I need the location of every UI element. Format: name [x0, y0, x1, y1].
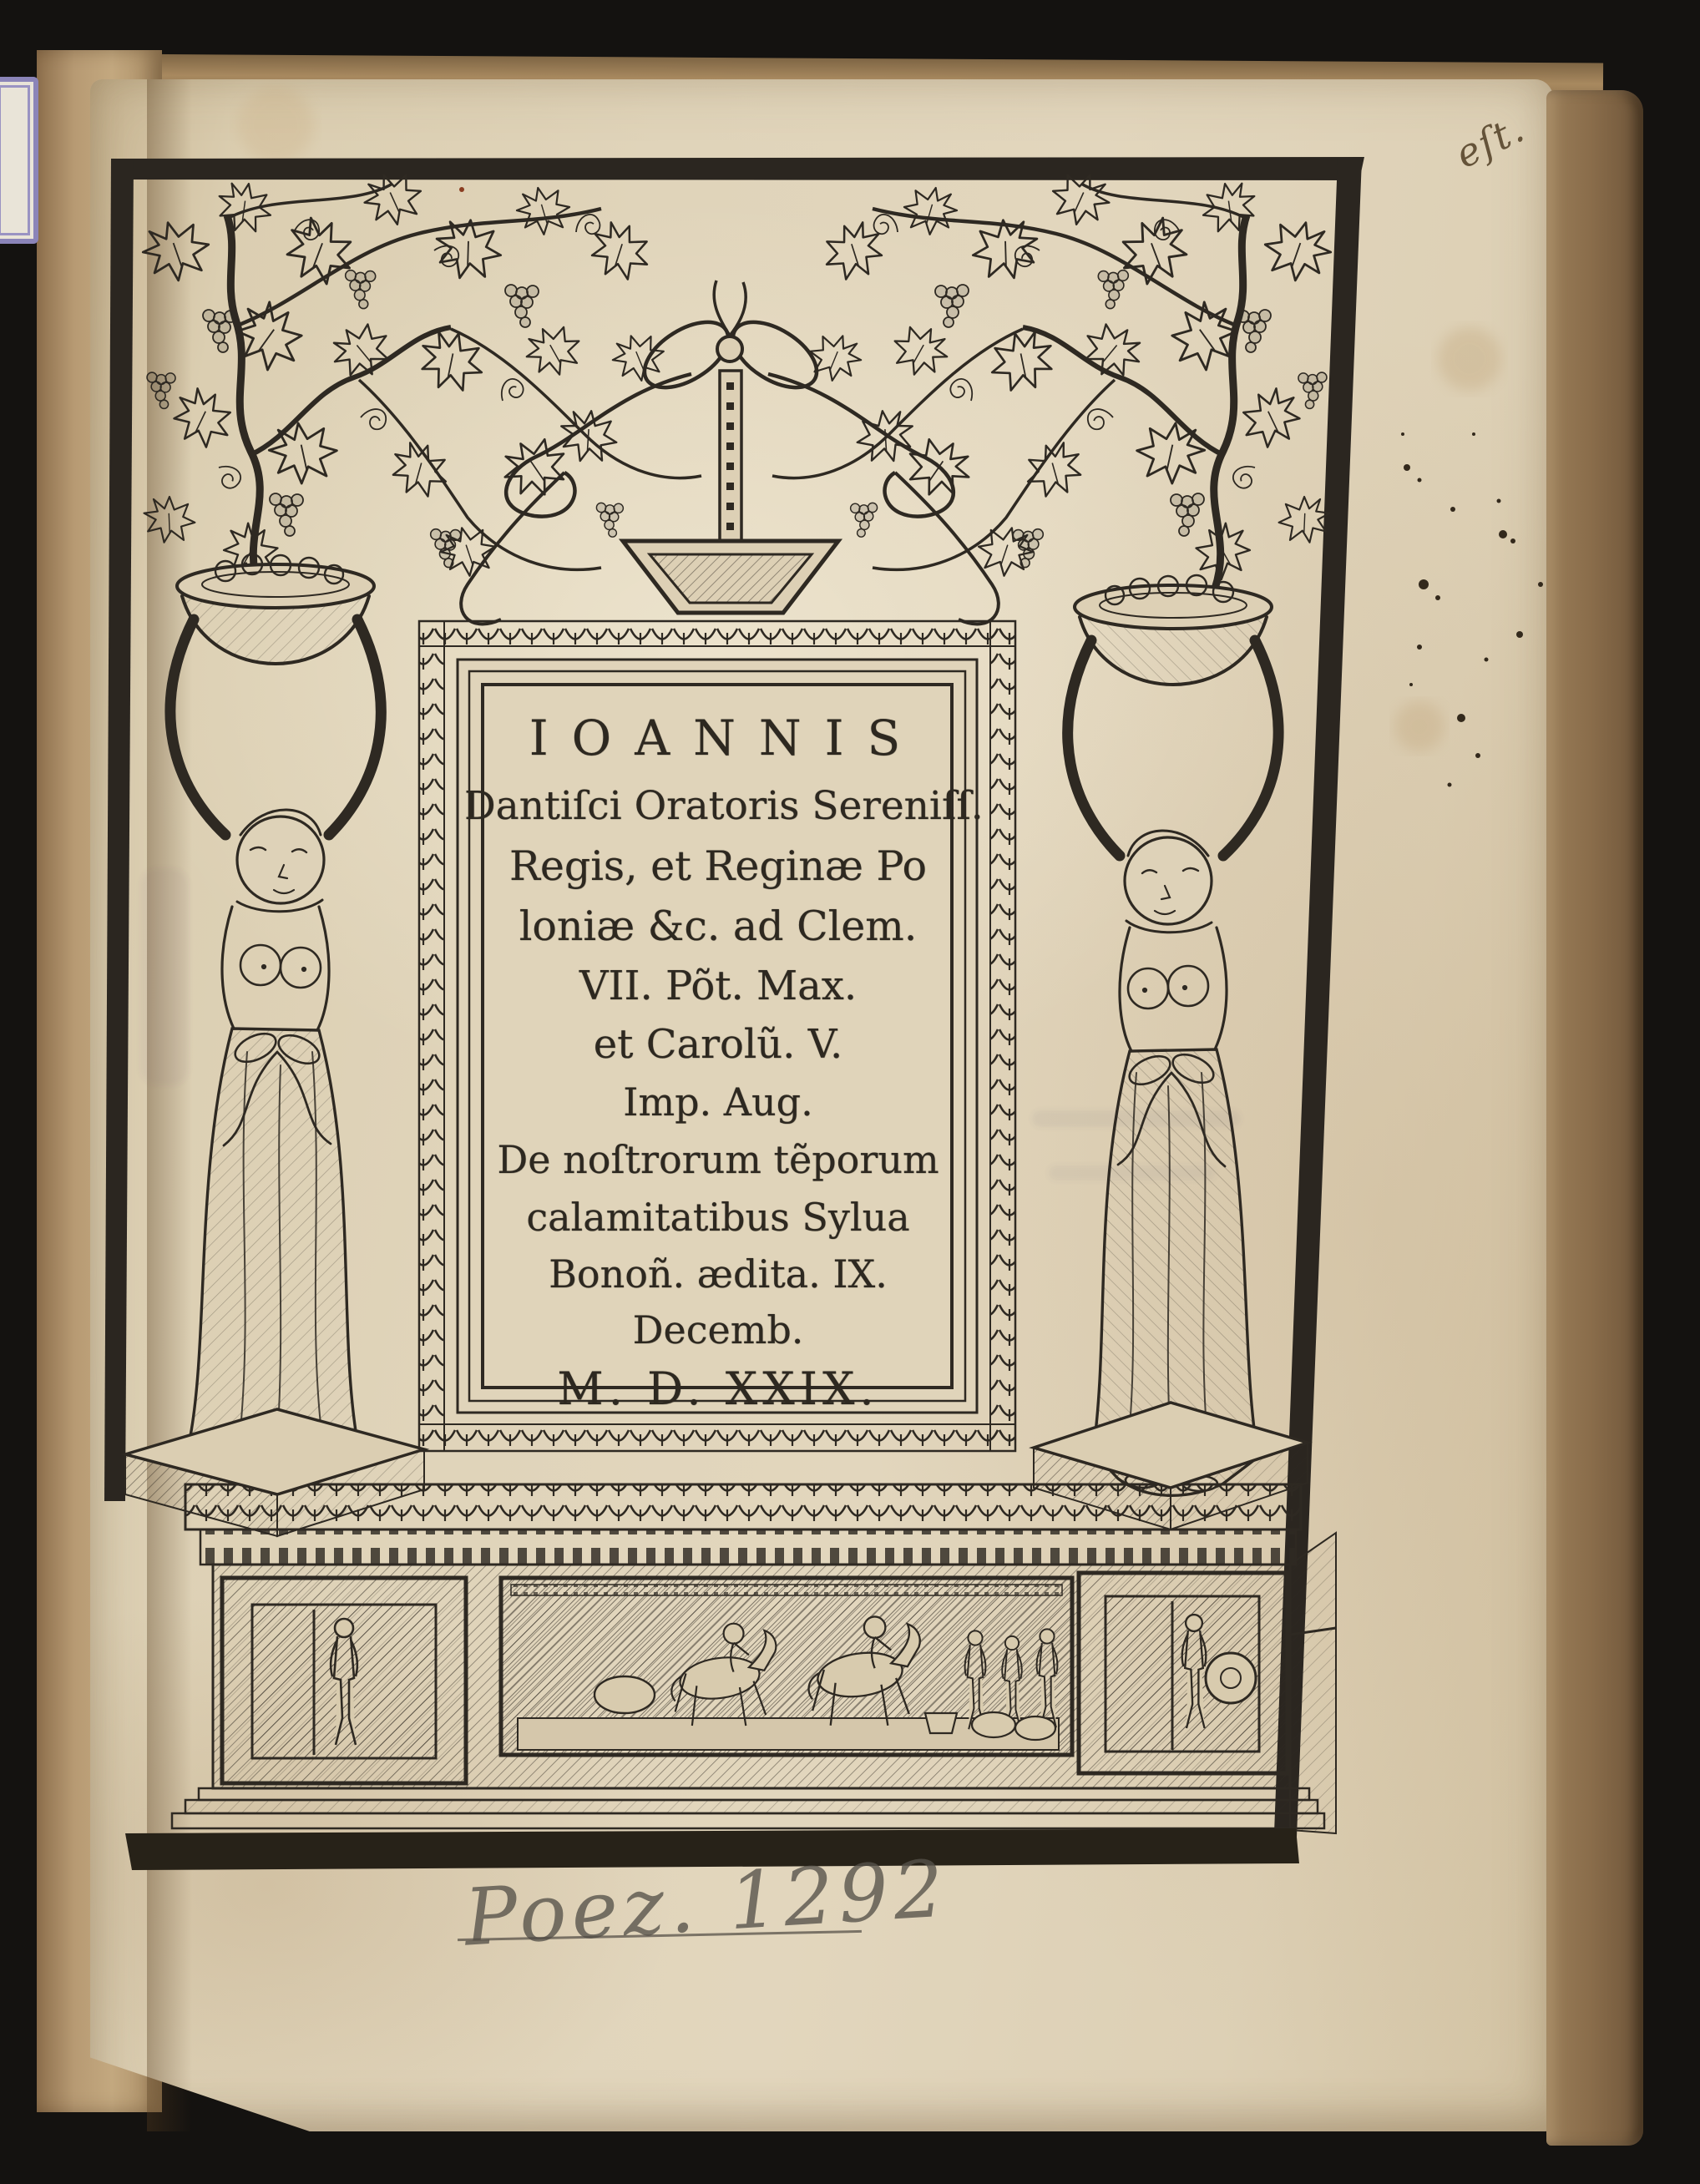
title-line: Bonoñ. ædita. IX. — [464, 1246, 972, 1302]
title-text-block: IOANNIS Dantiſci Oratoris Sereniſſ. Regi… — [464, 700, 972, 1393]
title-line: Decemb. — [464, 1302, 972, 1357]
title-line: Dantiſci Oratoris Sereniſſ. — [464, 776, 972, 837]
title-line: Imp. Aug. — [464, 1074, 972, 1130]
title-line: calamitatibus Sylua — [464, 1189, 972, 1246]
pedestal — [125, 1403, 1336, 1870]
caryatid-right — [1068, 575, 1278, 1495]
title-line: IOANNIS — [464, 700, 972, 776]
title-line: Regis, et Reginæ Po — [464, 837, 972, 897]
ribbon-and-plumb — [461, 281, 999, 624]
title-line: VII. Põt. Max. — [464, 957, 972, 1015]
caryatid-left — [170, 554, 381, 1474]
title-line: loniæ &c. ad Clem. — [464, 897, 972, 957]
imprint-date: M. D. XXIX. — [464, 1357, 972, 1421]
title-line: De noſtrorum tẽporum — [464, 1130, 972, 1189]
title-line: et Carolũ. V. — [464, 1015, 972, 1074]
scanned-book-page: IOANNIS Dantiſci Oratoris Sereniſſ. Regi… — [0, 0, 1700, 2184]
